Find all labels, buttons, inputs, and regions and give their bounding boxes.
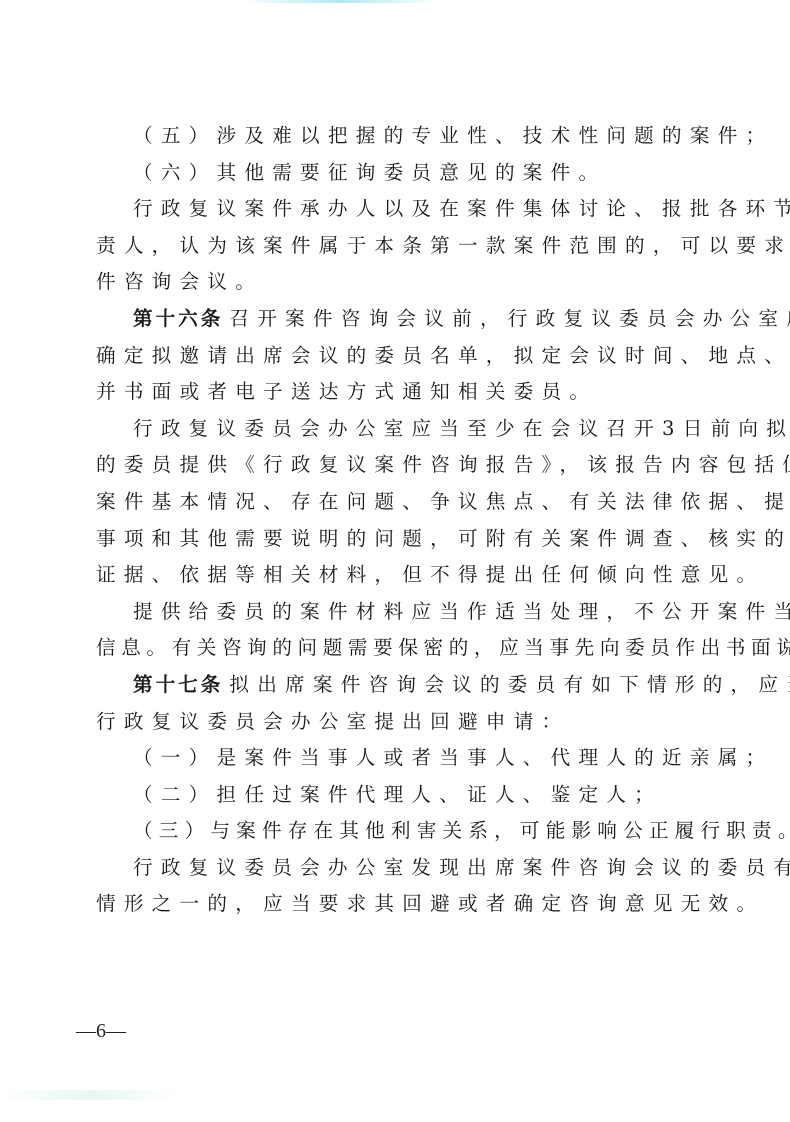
article-label: 第十七条 — [133, 673, 223, 696]
paragraph-line: 事项和其他需要说明的问题，可附有关案件调查、核实的事实、 — [96, 521, 688, 558]
list-item-1: （一）是案件当事人或者当事人、代理人的近亲属； — [96, 740, 688, 777]
paragraph-line: 行政复议委员会办公室发现出席案件咨询会议的委员有上述 — [96, 850, 688, 887]
paragraph-materials-handling: 提供给委员的案件材料应当作适当处理，不公开案件当事人 信息。有关咨询的问题需要保… — [96, 594, 688, 667]
list-item-5: （五）涉及难以把握的专业性、技术性问题的案件； — [96, 118, 688, 155]
article-17: 第十七条拟出席案件咨询会议的委员有如下情形的，应当向 行政复议委员会办公室提出回… — [96, 667, 688, 740]
paragraph-recusal: 行政复议委员会办公室发现出席案件咨询会议的委员有上述 情形之一的，应当要求其回避… — [96, 850, 688, 923]
paragraph-line: 确定拟邀请出席会议的委员名单，拟定会议时间、地点、议程等， — [96, 338, 688, 375]
paragraph-case-handler: 行政复议案件承办人以及在案件集体讨论、报批各环节的负 责人，认为该案件属于本条第… — [96, 191, 688, 301]
article-text: 拟出席案件咨询会议的委员有如下情形的，应当向 — [229, 673, 790, 696]
paragraph-line: 第十六条召开案件咨询会议前，行政复议委员会办公室应当 — [96, 301, 688, 338]
list-item-6: （六）其他需要征询委员意见的案件。 — [96, 155, 688, 192]
paragraph-line: 的委员提供《行政复议案件咨询报告》，该报告内容包括但不限于 — [96, 447, 688, 484]
paragraph-line: 并书面或者电子送达方式通知相关委员。 — [96, 374, 688, 411]
paragraph-line: 信息。有关咨询的问题需要保密的，应当事先向委员作出书面说明。 — [96, 630, 688, 667]
article-text: 召开案件咨询会议前，行政复议委员会办公室应当 — [229, 307, 790, 330]
paragraph-line: 案件基本情况、存在问题、争议焦点、有关法律依据、提请征询 — [96, 484, 688, 521]
paragraph-line: 责人，认为该案件属于本条第一款案件范围的，可以要求召开案 — [96, 228, 688, 265]
paragraph-consultation-report: 行政复议委员会办公室应当至少在会议召开3日前向拟出席 的委员提供《行政复议案件咨… — [96, 411, 688, 594]
article-label: 第十六条 — [133, 307, 223, 330]
document-body: （五）涉及难以把握的专业性、技术性问题的案件； （六）其他需要征询委员意见的案件… — [96, 118, 688, 923]
list-item-2: （二）担任过案件代理人、证人、鉴定人； — [96, 777, 688, 814]
paragraph-line: 证据、依据等相关材料，但不得提出任何倾向性意见。 — [96, 557, 688, 594]
paragraph-line: 第十七条拟出席案件咨询会议的委员有如下情形的，应当向 — [96, 667, 688, 704]
list-item-3: （三）与案件存在其他利害关系，可能影响公正履行职责。 — [96, 813, 688, 850]
paragraph-line: 提供给委员的案件材料应当作适当处理，不公开案件当事人 — [96, 594, 688, 631]
article-16: 第十六条召开案件咨询会议前，行政复议委员会办公室应当 确定拟邀请出席会议的委员名… — [96, 301, 688, 411]
scan-artifact-bottom — [0, 1090, 180, 1100]
page-number: —6— — [76, 1020, 126, 1043]
paragraph-line: 行政复议委员会办公室提出回避申请： — [96, 704, 688, 741]
paragraph-line: 行政复议委员会办公室应当至少在会议召开3日前向拟出席 — [96, 411, 688, 448]
paragraph-line: 件咨询会议。 — [96, 264, 688, 301]
scan-artifact-top — [240, 0, 440, 3]
paragraph-line: 情形之一的，应当要求其回避或者确定咨询意见无效。 — [96, 886, 688, 923]
paragraph-line: 行政复议案件承办人以及在案件集体讨论、报批各环节的负 — [96, 191, 688, 228]
